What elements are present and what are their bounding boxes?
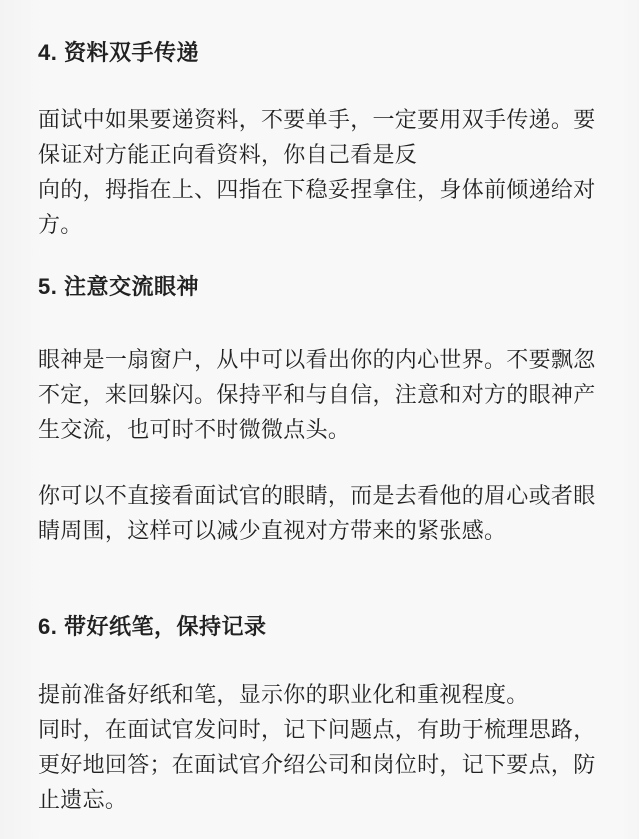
section-6-heading: 6. 带好纸笔，保持记录 — [38, 612, 601, 642]
section-6-paragraph: 提前准备好纸和笔，显示你的职业化和重视程度。 同时，在面试官发问时，记下问题点，… — [38, 677, 601, 817]
section-5-heading: 5. 注意交流眼神 — [38, 272, 601, 302]
article-body: 4. 资料双手传递 面试中如果要递资料，不要单手，一定要用双手传递。要 保证对方… — [38, 38, 601, 817]
section-5-paragraph-2: 你可以不直接看面试官的眼睛，而是去看他的眉心或者眼 睛周围，这样可以减少直视对方… — [38, 478, 601, 548]
section-4-heading: 4. 资料双手传递 — [38, 38, 601, 68]
section-5-paragraph-1: 眼神是一扇窗户，从中可以看出你的内心世界。不要飘忽 不定，来回躲闪。保持平和与自… — [38, 342, 601, 447]
section-4-paragraph: 面试中如果要递资料，不要单手，一定要用双手传递。要 保证对方能正向看资料，你自己… — [38, 102, 601, 242]
article-page: { "page": { "background_color": "#f8f8f8… — [0, 0, 639, 839]
